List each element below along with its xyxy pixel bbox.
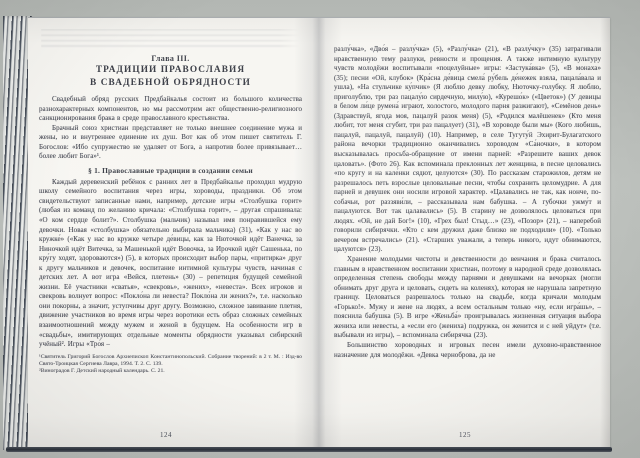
paragraph: Хранение молодыми чистоты и девственност… [334,255,601,341]
page-number-right: 125 [308,431,610,439]
book-bottom-edge [6,447,612,452]
section-heading: § 1. Православные традиции в создании се… [39,166,302,175]
chapter-title-line-2: В СВАДЕБНОЙ ОБРЯДНОСТИ [39,77,302,90]
paragraph: разлу́чка», «Дво́я – разлу́чка» (5), «Ра… [334,45,601,255]
book-spread: Глава III. ТРАДИЦИИ ПРАВОСЛАВИЯ В СВАДЕБ… [28,17,610,449]
scanned-book-photo: { "colors": { "photo_background": "#bfc3… [0,0,640,458]
right-page: разлу́чка», «Дво́я – разлу́чка» (5), «Ра… [308,18,610,449]
paragraph: Брачный союз христиан представляет не то… [39,124,302,162]
footnote: ¹Святитель Григорий Богослов Архиепископ… [39,354,302,369]
footnotes-block: ¹Святитель Григорий Богослов Архиепископ… [39,354,302,376]
paragraph: Свадебный обряд русских Предбайкалья сос… [39,95,302,124]
chapter-title-line-1: ТРАДИЦИИ ПРАВОСЛАВИЯ [39,64,302,77]
bleed-through-ghost-text [41,29,300,50]
paragraph: Каждый деревенский ребёнок с ранних лет … [39,178,302,350]
paragraph: Большинство хороводных и игровых песен и… [334,341,601,360]
left-page: Глава III. ТРАДИЦИИ ПРАВОСЛАВИЯ В СВАДЕБ… [28,18,308,449]
book-photo: Глава III. ТРАДИЦИИ ПРАВОСЛАВИЯ В СВАДЕБ… [0,0,640,458]
footnote: ²Виноградов Г. Детский народный календар… [39,368,302,375]
chapter-label: Глава III. [39,54,302,63]
page-number-left: 124 [28,431,308,439]
